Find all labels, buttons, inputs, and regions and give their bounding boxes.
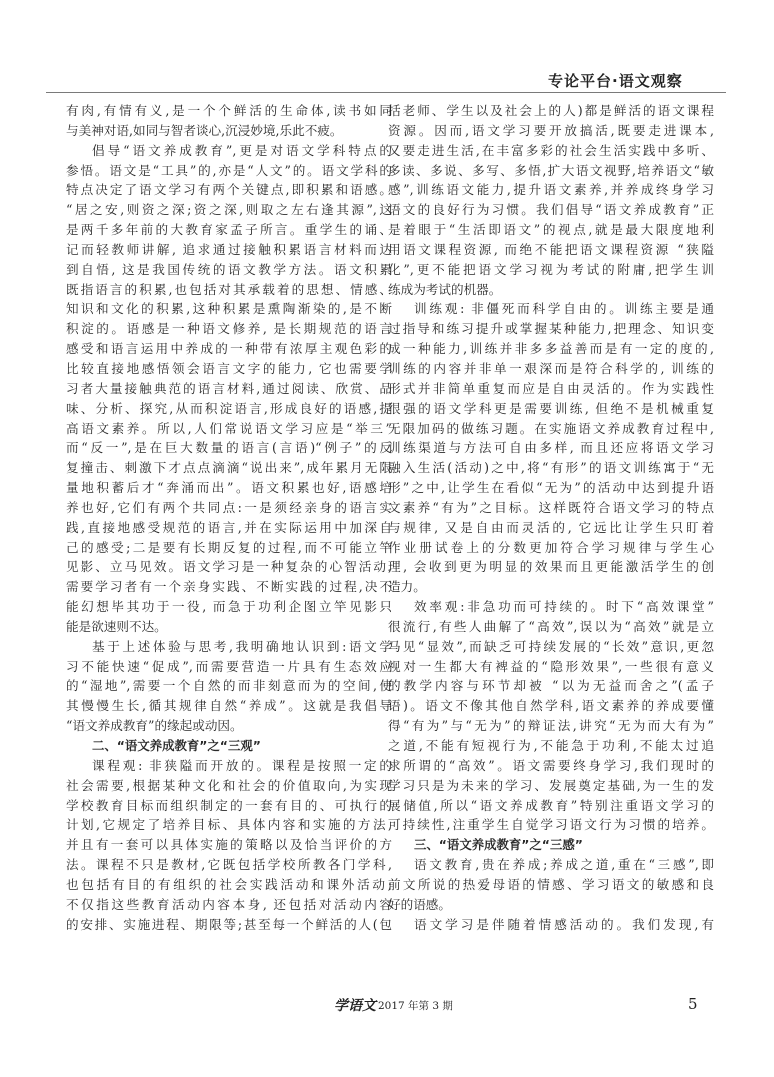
text-line: 能幻想毕其功于一役, 而急于功利企图立竿见影只 — [66, 597, 392, 617]
section-title: 专论平台·语文观察 — [548, 70, 683, 91]
text-line: 无限加码的做练习题。在实施语文养成教育过程中, — [388, 419, 714, 439]
text-line: 文素养“有为”之目标。这样既符合语文学习的特点 — [388, 498, 714, 518]
text-line: 资源。因而,语文学习要开放搞活,既要走进课本, — [388, 121, 714, 141]
text-line: 练成为考试的机器。 — [388, 280, 714, 300]
text-line: 比较直接地感悟领会语言文字的能力, 它也需要学 — [66, 359, 392, 379]
text-line: 语文学习是伴随着情感活动的。我们发现,有 — [388, 915, 714, 935]
text-line: 到自悟, 这是我国传统的语文教学方法。语文积累 — [66, 260, 392, 280]
text-line: 学习只是为未来的学习、发展奠定基础,为一生的发 — [388, 776, 714, 796]
text-line: 是着眼于“生活即语文”的视点,就是最大限度地利 — [388, 220, 714, 240]
text-line: 的“湿地”,需要一个自然的而非刻意而为的空间,使 — [66, 676, 392, 696]
text-line: 倡导“语文养成教育”,更是对语文学科特点的 — [66, 141, 392, 161]
text-line: 形式并非简单重复而应是自由灵活的。作为实践性 — [388, 379, 714, 399]
text-line: 训练的内容并非单一艰深而是符合科学的, 训练的 — [388, 359, 714, 379]
text-line: 多读、多说、多写、多悟,扩大语文视野,培养语文“敏 — [388, 161, 714, 181]
text-line: 求所谓的“高效”。语文需要终身学习,我们现时的 — [388, 756, 714, 776]
text-line: 与规律, 又是自由而灵活的, 它远比让学生只盯着 — [388, 518, 714, 538]
section-heading: 二、“语文养成教育”之“三观” — [66, 736, 392, 756]
text-line: 用语文课程资源, 而绝不能把语文课程资源 “狭隘 — [388, 240, 714, 260]
text-line: 很流行,有些人曲解了“高效”,误以为“高效”就是立 — [388, 617, 714, 637]
text-line: 形”之中,让学生在看似“无为”的活动中达到提升语 — [388, 478, 714, 498]
text-line: 己的感受;二是要有长期反复的过程,而不可能立竿 — [66, 538, 392, 558]
text-line: 理, 会收到更为明显的效果而且更能激活学生的创 — [388, 557, 714, 577]
text-line: 好的语感。 — [388, 895, 714, 915]
text-line: 量地积蓄后才“奔涌而出”。语文积累也好,语感培 — [66, 478, 392, 498]
text-line: 感”,训练语文能力,提升语文素养,并养成终身学习 — [388, 180, 714, 200]
text-line: 括老师、学生以及社会上的人)都是鲜活的语文课程 — [388, 101, 714, 121]
text-line: 践,直接地感受规范的语言,并在实际运用中加深自 — [66, 518, 392, 538]
text-line: 融入生活(活动)之中,将“有形”的语文训练寓于“无 — [388, 458, 714, 478]
text-line: 感受和语言运用中养成的一种带有浓厚主观色彩的 — [66, 339, 392, 359]
text-line: 也包括有目的有组织的社会实践活动和课外活动; — [66, 875, 392, 895]
header-rule — [46, 92, 726, 93]
text-line: 是两千多年前的大教育家孟子所言。重学生的诵、 — [66, 220, 392, 240]
text-line: 语文的良好行为习惯。我们倡导“语文养成教育”正 — [388, 200, 714, 220]
left-column: 有肉,有情有义,是一个个鲜活的生命体,读书如同与美神对语,如同与智者谈心,沉浸妙… — [66, 101, 392, 934]
text-line: 复撞击、刺激下才点点滴滴“说出来”,成年累月无限 — [66, 458, 392, 478]
text-line: 语文教育,贵在养成;养成之道,重在“三感”,即 — [388, 855, 714, 875]
page-number: 5 — [688, 995, 698, 1013]
text-line: 训练渠道与方法可自由多样, 而且还应将语文学习 — [388, 438, 714, 458]
text-line: 特点决定了语文学习有两个关键点,即积累和语感。 — [66, 180, 392, 200]
text-line: 并且有一套可以具体实施的策略以及恰当评价的方 — [66, 835, 392, 855]
text-line: 语)。语文不像其他自然学科,语文素养的养成要懂 — [388, 696, 714, 716]
text-line: 前文所说的热爱母语的情感、学习语文的敏感和良 — [388, 875, 714, 895]
text-line: 马见“显效”,而缺乏可持续发展的“长效”意识,更忽 — [388, 637, 714, 657]
text-line: 得“有为”与“无为”的辩证法,讲究“无为而大有为” — [388, 716, 714, 736]
text-line: 效率观:非急功而可持续的。时下“高效课堂” — [388, 597, 714, 617]
text-line: 既指语言的积累,也包括对其承载着的思想、情感、 — [66, 280, 392, 300]
text-line: 见影、立马见效。语文学习是一种复杂的心智活动, — [66, 557, 392, 577]
text-line: 养也好,它们有两个共同点:一是须经亲身的语言实 — [66, 498, 392, 518]
text-line: 而“反一”,是在巨大数量的语言(言语)“例子”的反 — [66, 438, 392, 458]
issue-label: 2017 年第 3 期 — [378, 998, 453, 1013]
text-line: 高语文素养。所以,人们常说语文学习应是“举三” — [66, 419, 392, 439]
text-line: 基于上述体验与思考,我明确地认识到:语文学 — [66, 637, 392, 657]
journal-name: 学语文 — [334, 995, 376, 1015]
text-line: 可持续性,注重学生自觉学习语文行为习惯的培养。 — [388, 815, 714, 835]
text-line: 之道,不能有短视行为,不能急于功利,不能太过追 — [388, 736, 714, 756]
text-line: 学校教育目标而组织制定的一套有目的、可执行的 — [66, 796, 392, 816]
text-line: 化”,更不能把语文学习视为考试的附庸,把学生训 — [388, 260, 714, 280]
text-line: 社会需要,根据某种文化和社会的价值取向,为实现 — [66, 776, 392, 796]
text-line: 与美神对语,如同与智者谈心,沉浸妙境,乐此不疲。 — [66, 121, 392, 141]
section-heading: 三、“语文养成教育”之“三感” — [388, 835, 714, 855]
text-line: 成一种能力,训练并非多多益善而是有一定的度的, — [388, 339, 714, 359]
text-line: 习不能快速“促成”,而需要营造一片具有生态效应 — [66, 657, 392, 677]
text-line: 的教学内容与环节却被 “以为无益而舍之”(孟子 — [388, 676, 714, 696]
text-line: 参悟。语文是“工具”的,亦是“人文”的。语文学科的 — [66, 161, 392, 181]
text-line: 能是欲速则不达。 — [66, 617, 392, 637]
text-line: 过指导和练习提升或掌握某种能力,把理念、知识变 — [388, 319, 714, 339]
text-line: 法。课程不只是教材,它既包括学校所教各门学科, — [66, 855, 392, 875]
text-line: 课程观: 非狭隘而开放的。课程是按照一定的 — [66, 756, 392, 776]
text-line: 记而轻教师讲解, 追求通过接触积累语言材料而达 — [66, 240, 392, 260]
text-line: 又要走进生活,在丰富多彩的社会生活实践中多听、 — [388, 141, 714, 161]
right-column: 括老师、学生以及社会上的人)都是鲜活的语文课程资源。因而,语文学习要开放搞活,既… — [388, 101, 714, 934]
text-line: 展储值,所以“语文养成教育”特别注重语文学习的 — [388, 796, 714, 816]
text-line: 造力。 — [388, 577, 714, 597]
text-line: 视对一生都大有裨益的“隐形效果”,一些很有意义 — [388, 657, 714, 677]
text-line: 训练观: 非僵死而科学自由的。训练主要是通 — [388, 299, 714, 319]
text-line: 有肉,有情有义,是一个个鲜活的生命体,读书如同 — [66, 101, 392, 121]
text-line: “居之安,则资之深;资之深,则取之左右逢其源”,这 — [66, 200, 392, 220]
text-line: 味、分析、探究,从而积淀语言,形成良好的语感,提 — [66, 399, 392, 419]
text-line: 需要学习者有一个亲身实践、不断实践的过程,决不 — [66, 577, 392, 597]
page-footer: 学语文 2017 年第 3 期 5 — [0, 995, 774, 1015]
text-line: 不仅指这些教育活动内容本身, 还包括对活动内容 — [66, 895, 392, 915]
text-line: 作业册试卷上的分数更加符合学习规律与学生心 — [388, 538, 714, 558]
text-line: 很强的语文学科更是需要训练, 但绝不是机械重复 — [388, 399, 714, 419]
text-line: 其慢慢生长,循其规律自然“养成”。这就是我倡导 — [66, 696, 392, 716]
text-line: 知识和文化的积累,这种积累是熏陶渐染的,是不断 — [66, 299, 392, 319]
text-line: 的安排、实施进程、期限等;甚至每一个鲜活的人(包 — [66, 915, 392, 935]
text-line: 积淀的。语感是一种语文修养, 是长期规范的语言 — [66, 319, 392, 339]
text-line: 计划,它规定了培养目标、具体内容和实施的方法, — [66, 815, 392, 835]
text-line: 习者大量接触典范的语言材料,通过阅读、欣赏、品 — [66, 379, 392, 399]
text-line: “语文养成教育”的缘起或动因。 — [66, 716, 392, 736]
